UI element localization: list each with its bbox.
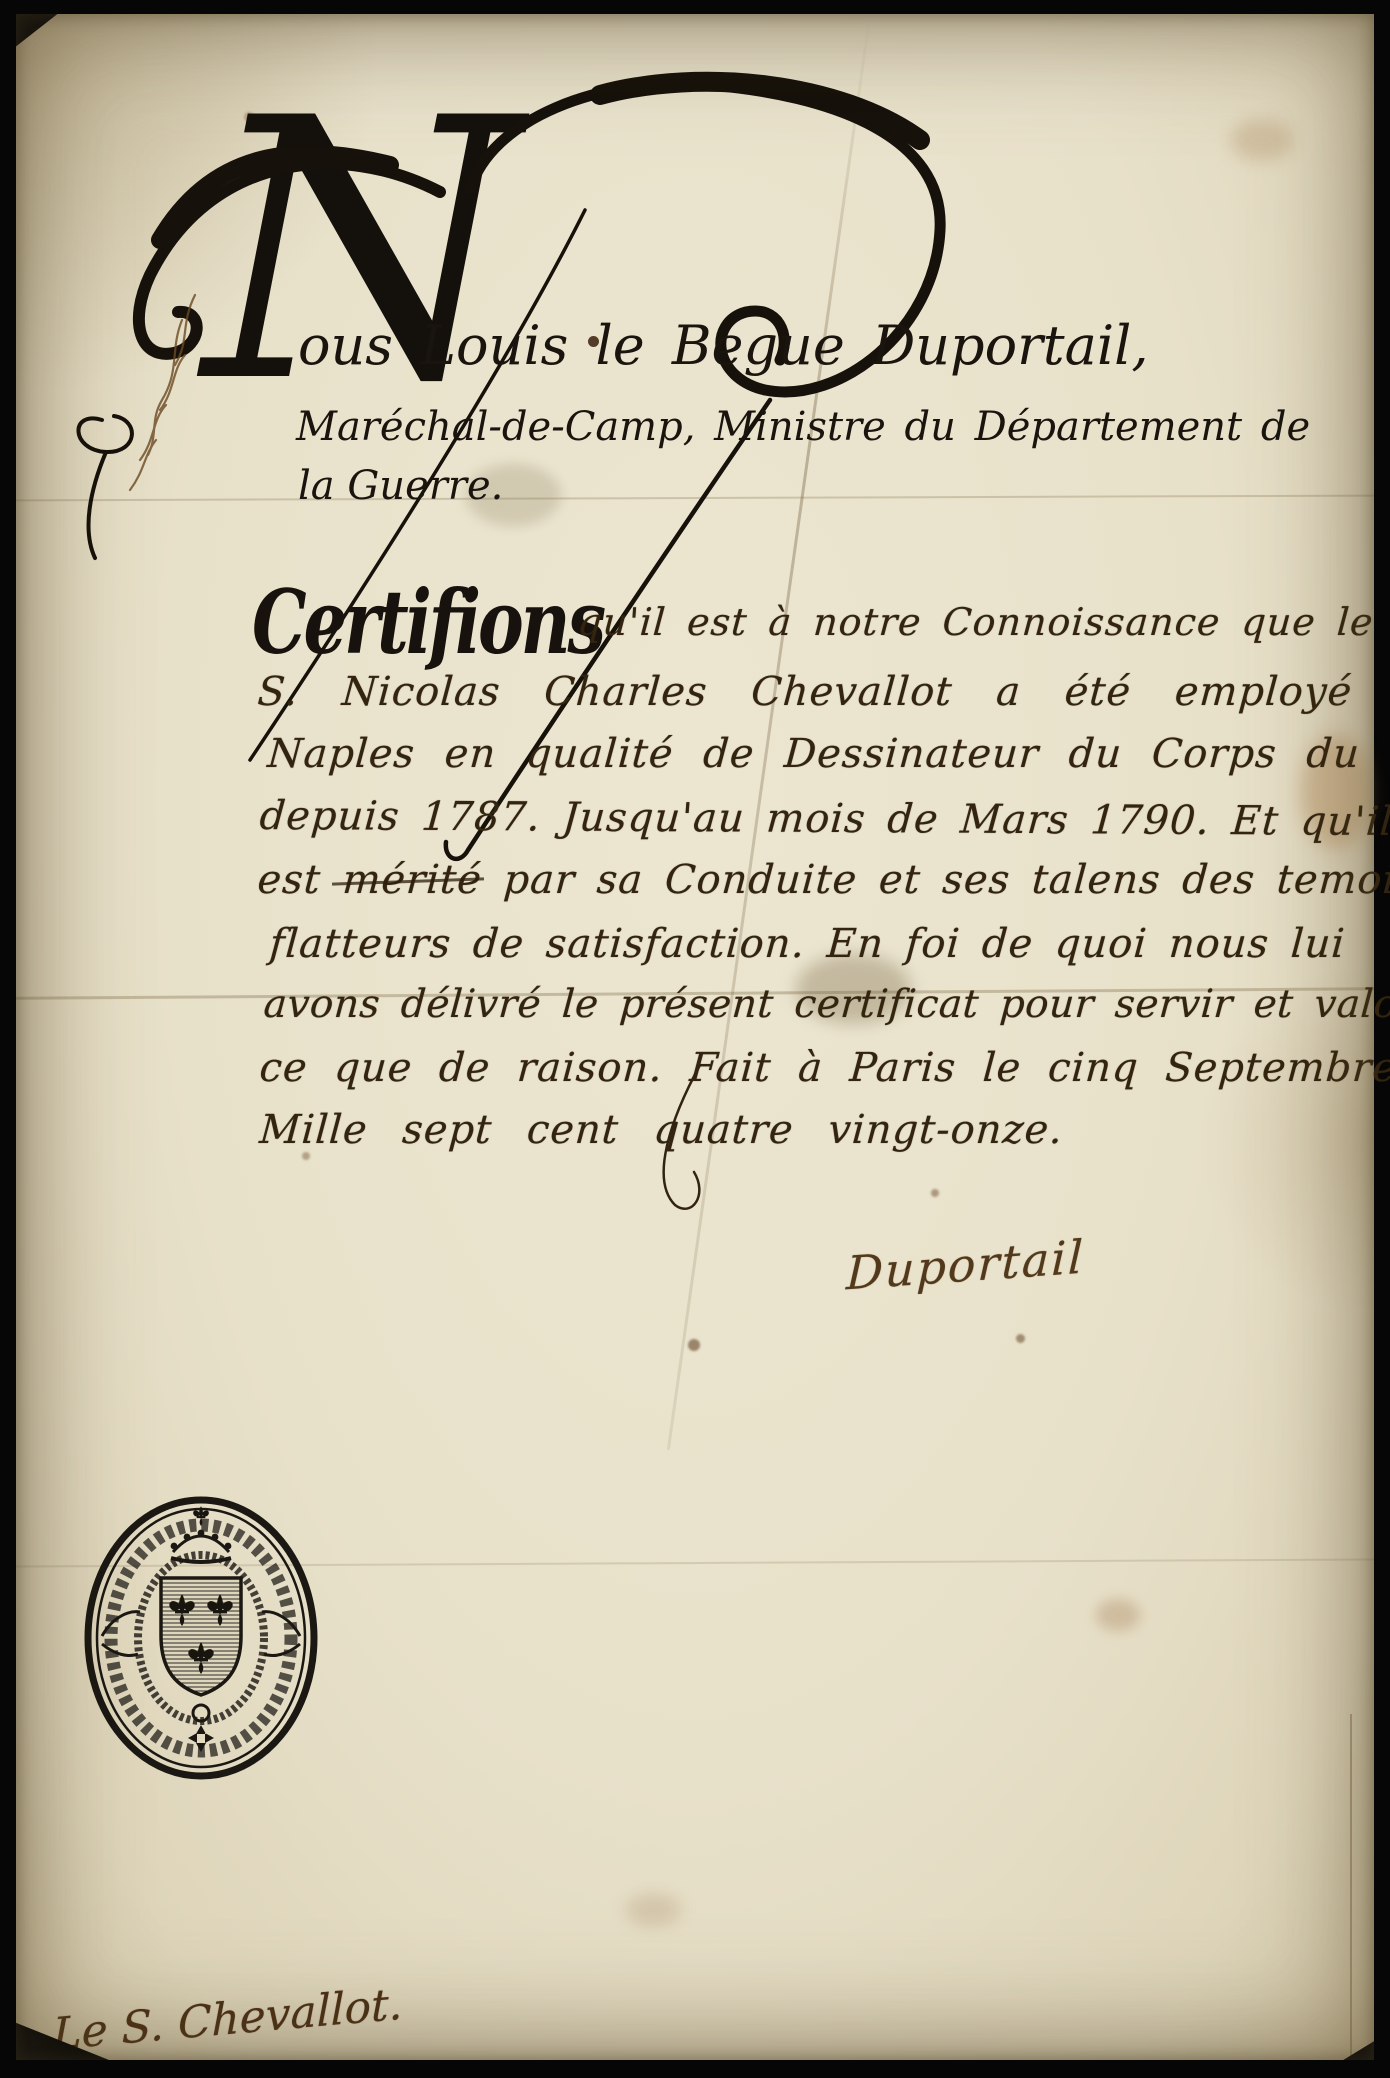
royal-seal-stamp-icon [76,1486,326,1786]
docket-note: Le S. Chevallot. [53,1979,403,2061]
document-paper: N ous Louis le Begue Duportail, Maréchal… [16,14,1374,2060]
scan-background: N ous Louis le Begue Duportail, Maréchal… [0,0,1390,2078]
manuscript-line-6: flatteurs de satisfaction. En foi de quo… [268,920,1347,968]
signature: Duportail [845,1230,1085,1301]
manuscript-line-1: qu'il est à notre Connoissance que le [576,600,1375,646]
heading-line-2: Maréchal-de-Camp, Ministre du Départemen… [296,403,1310,451]
foxing-patch [1231,119,1293,161]
foxing-spot [1016,1334,1025,1343]
opening-word: Certifions [252,578,603,666]
foxing-spot [931,1189,939,1197]
corner-tear-bottom-right [1340,2040,1376,2062]
foxing-spot [688,1339,700,1351]
crease-right-edge [1350,1714,1352,2060]
marginalia-scribble-icon [100,280,230,510]
corner-tear-top-left [14,12,60,48]
heading-line-3: la Guerre. [298,462,503,510]
pen-flourish-icon [630,1060,750,1230]
manuscript-line-4: depuis 1787. Jusqu'au mois de Mars 1790.… [258,792,1390,846]
manuscript-line-7: avons délivré le présent certificat pour… [262,982,1390,1029]
manuscript-line-2: S. Nicolas Charles Chevallot a été emplo… [256,668,1390,716]
manuscript-line-3: Naples en qualité de Dessinateur du Corp… [266,730,1390,778]
foxing-patch [1096,1599,1140,1631]
foxing-patch [626,1894,681,1926]
manuscript-line-8: ce que de raison. Fait à Paris le cinq S… [258,1044,1390,1092]
heading-line-1: ous Louis le Begue Duportail, [298,314,1149,379]
